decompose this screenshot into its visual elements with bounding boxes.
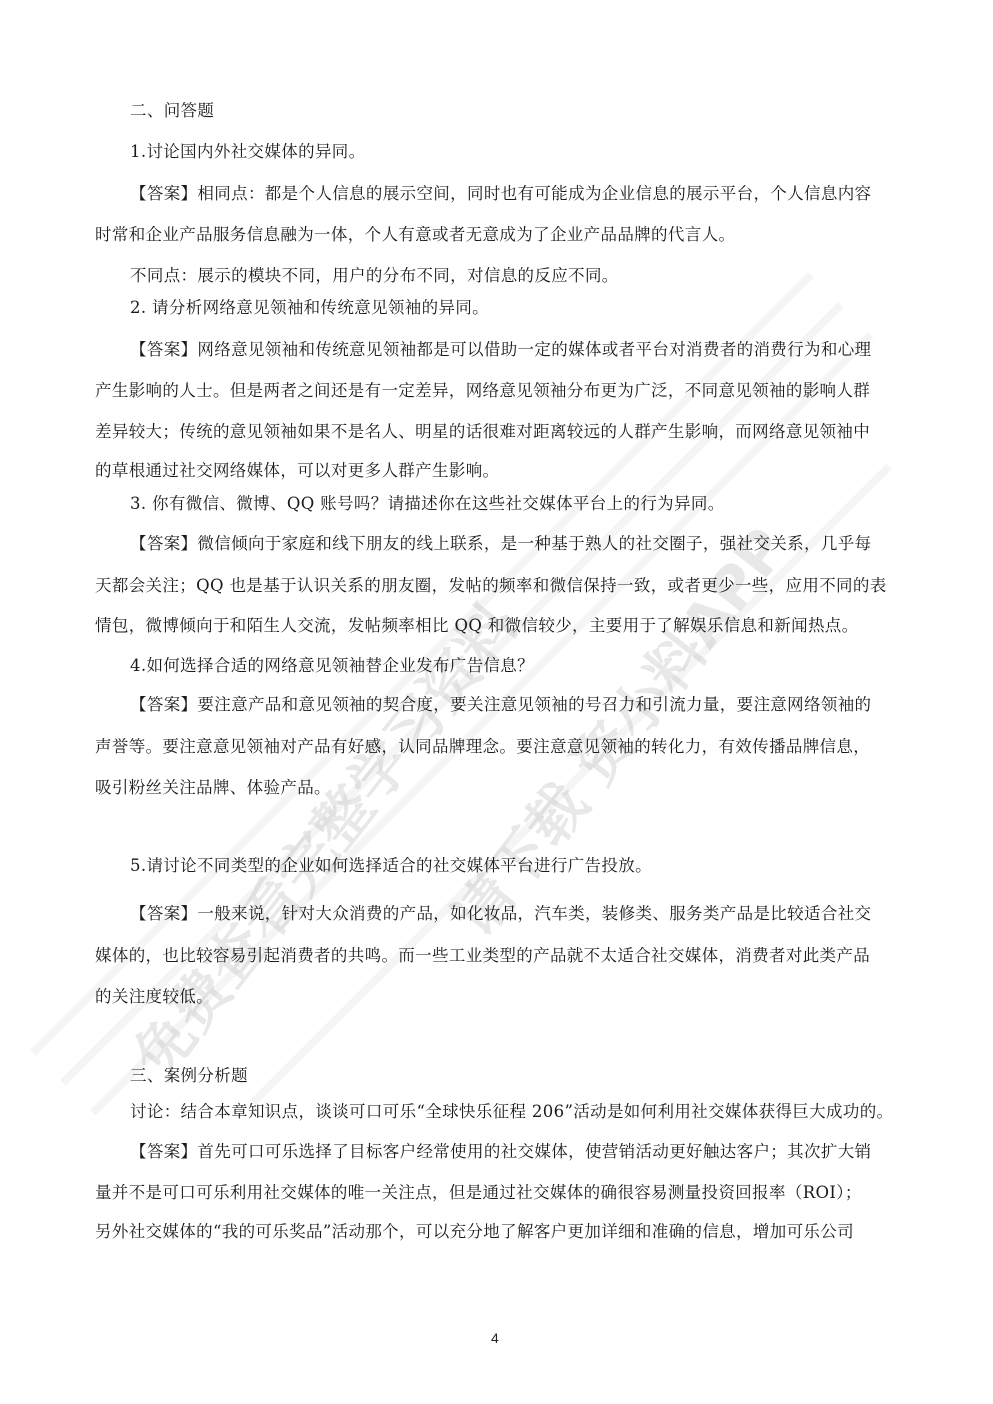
text-line: 三、案例分析题 [130, 1065, 248, 1087]
text-line: 吸引粉丝关注品牌、体验产品。 [95, 777, 331, 799]
text-line: 3. 你有微信、微博、QQ 账号吗？请描述你在这些社交媒体平台上的行为异同。 [130, 493, 725, 515]
text-line: 【答案】网络意见领袖和传统意见领袖都是可以借助一定的媒体或者平台对消费者的消费行… [130, 339, 871, 361]
page-number: 4 [491, 1330, 499, 1346]
text-line: 另外社交媒体的“我的可乐奖品”活动那个，可以充分地了解客户更加详细和准确的信息，… [95, 1221, 854, 1243]
text-line: 2. 请分析网络意见领袖和传统意见领袖的异同。 [130, 297, 489, 319]
text-line: 的草根通过社交网络媒体，可以对更多人群产生影响。 [95, 460, 499, 482]
text-line: 4.如何选择合适的网络意见领袖替企业发布广告信息？ [130, 655, 534, 677]
text-line: 讨论：结合本章知识点，谈谈可口可乐“全球快乐征程 206”活动是如何利用社交媒体… [130, 1101, 893, 1123]
watermark-stripe [250, 464, 892, 1106]
text-line: 量并不是可口可乐利用社交媒体的唯一关注点，但是通过社交媒体的确很容易测量投资回报… [95, 1182, 862, 1204]
text-line: 不同点：展示的模块不同，用户的分布不同，对信息的反应不同。 [130, 265, 619, 287]
text-line: 声誉等。要注意意见领袖对产品有好感，认同品牌理念。要注意意见领袖的转化力，有效传… [95, 736, 870, 758]
text-line: 【答案】相同点：都是个人信息的展示空间，同时也有可能成为企业信息的展示平台，个人… [130, 183, 871, 205]
text-line: 产生影响的人士。但是两者之间还是有一定差异，网络意见领袖分布更为广泛，不同意见领… [95, 380, 870, 402]
text-line: 差异较大；传统的意见领袖如果不是名人、明星的话很难对距离较远的人群产生影响，而网… [95, 421, 870, 443]
text-line: 时常和企业产品服务信息融为一体，个人有意或者无意成为了企业产品品牌的代言人。 [95, 224, 735, 246]
text-line: 5.请讨论不同类型的企业如何选择适合的社交媒体平台进行广告投放。 [130, 855, 652, 877]
text-line: 的关注度较低。 [95, 986, 213, 1008]
text-line: 情包，微博倾向于和陌生人交流，发帖频率相比 QQ 和微信较少，主要用于了解娱乐信… [95, 615, 859, 637]
text-line: 二、问答题 [130, 100, 214, 122]
text-line: 【答案】一般来说，针对大众消费的产品，如化妆品，汽车类，装修类、服务类产品是比较… [130, 903, 871, 925]
text-line: 【答案】首先可口可乐选择了目标客户经常使用的社交媒体，使营销活动更好触达客户；其… [130, 1141, 871, 1163]
text-line: 媒体的，也比较容易引起消费者的共鸣。而一些工业类型的产品就不太适合社交媒体，消费… [95, 945, 870, 967]
text-line: 【答案】要注意产品和意见领袖的契合度，要关注意见领袖的号召力和引流力量，要注意网… [130, 694, 871, 716]
text-line: 天都会关注；QQ 也是基于认识关系的朋友圈，发帖的频率和微信保持一致，或者更少一… [95, 575, 887, 597]
document-page: 免费查看完整学习资料 请下载 资小料APP 二、问答题1.讨论国内外社交媒体的异… [0, 0, 993, 1404]
text-line: 【答案】微信倾向于家庭和线下朋友的线上联系，是一种基于熟人的社交圈子，强社交关系… [130, 533, 871, 555]
text-line: 1.讨论国内外社交媒体的异同。 [130, 141, 366, 163]
